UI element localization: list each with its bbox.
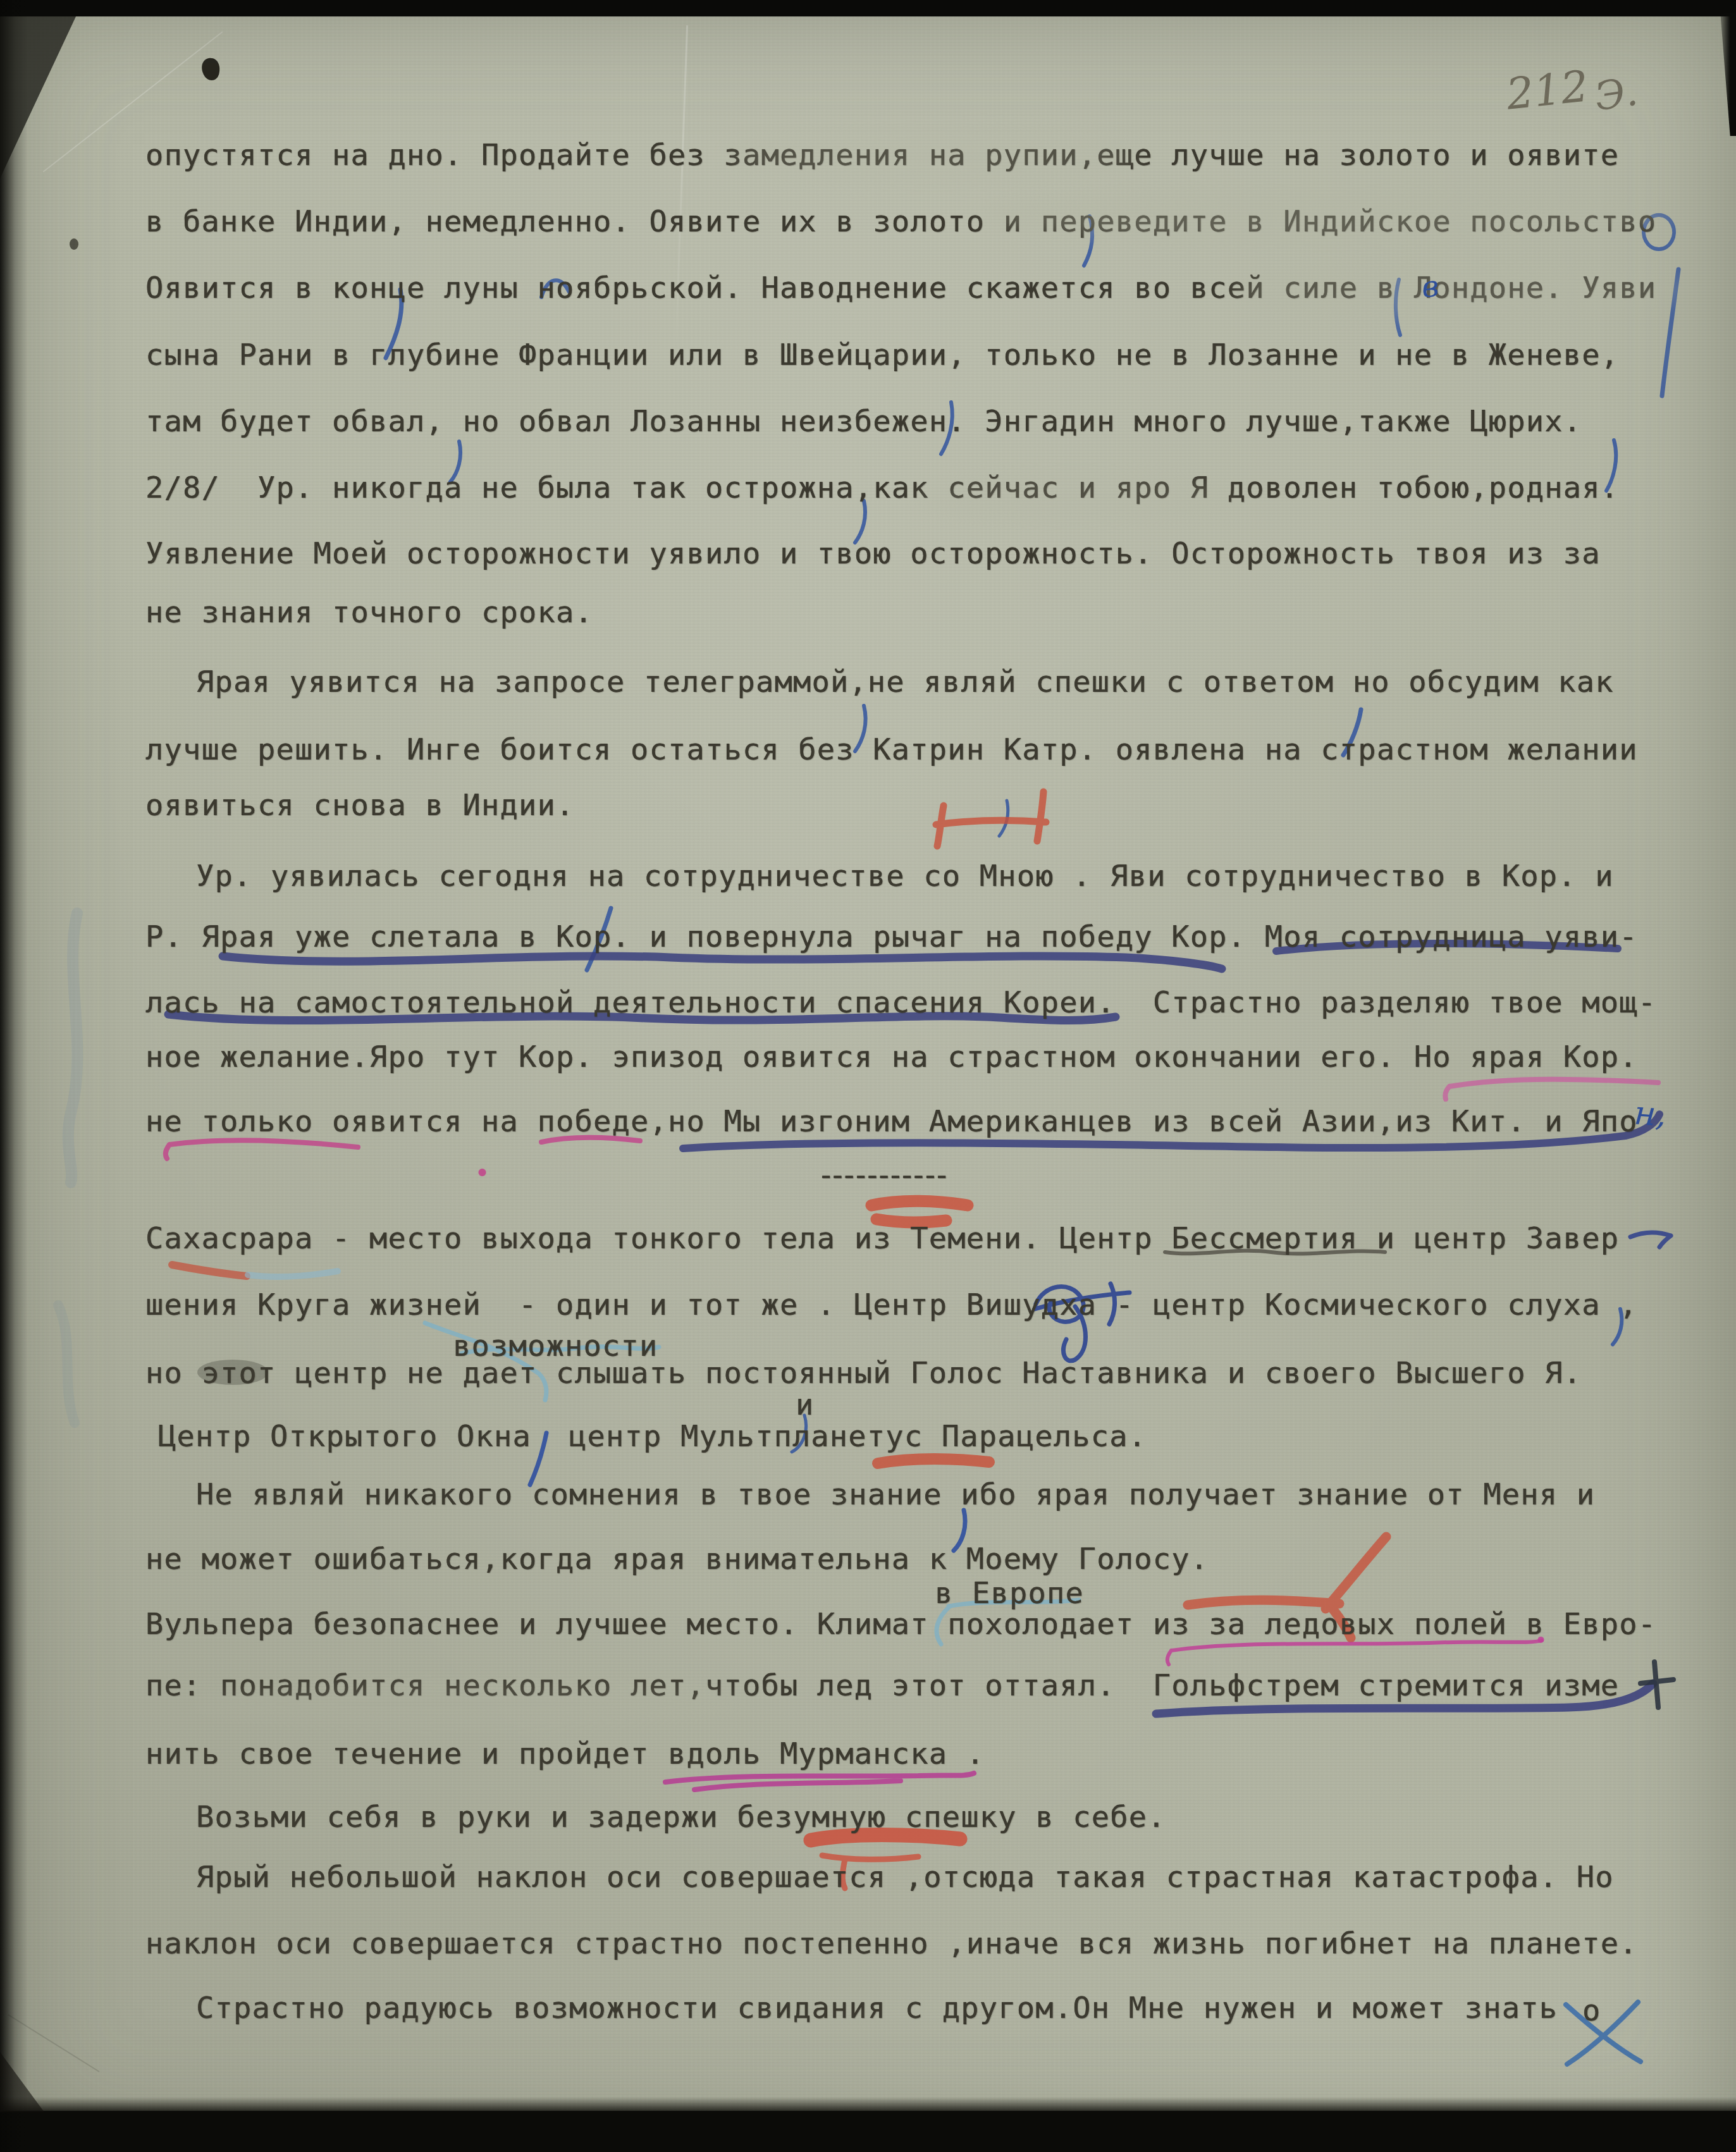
typed-line: лучше решить. Инге боится остаться без К…: [145, 735, 1638, 765]
typed-line: Р. Ярая уже слетала в Кор. и повернула р…: [145, 922, 1638, 952]
typed-line: Ярая уявится на запросе телеграммой,не я…: [196, 667, 1614, 697]
bleedthrough-left-1-mark: [68, 913, 78, 1183]
typed-line: Вульпера безопаснее и лучшее место. Клим…: [145, 1609, 1656, 1639]
red-stroke-multplanetus-mark: [878, 1459, 989, 1463]
typed-line: в Европе: [935, 1578, 1084, 1608]
red-margin-mark-mark: [172, 1265, 247, 1276]
typed-line: 2/8/ Ур. никогда не была так острожна,ка…: [145, 473, 1619, 503]
pink-dot-mark: [479, 1169, 486, 1176]
blue-margin-stroke-mark: [1662, 269, 1678, 396]
bleedthrough-left-2-mark: [58, 1305, 75, 1423]
lightblue-margin-mark-mark: [248, 1271, 338, 1277]
typed-line: Ярый небольшой наклон оси совершается ,о…: [196, 1862, 1614, 1892]
typed-line: Сахасрара - место выхода тонкого тела из…: [145, 1224, 1619, 1253]
typed-line: сына Рани в глубине Франции или в Швейца…: [145, 340, 1619, 370]
typed-line: Центр Открытого Окна центр Мультпланетус…: [158, 1422, 1147, 1451]
typed-line: там будет обвал, но обвал Лозанны неизбе…: [145, 407, 1582, 436]
typed-line: Уявление Моей осторожности уявило и твою…: [145, 539, 1601, 569]
magenta-underline-murmansk-mark: [665, 1773, 974, 1790]
navy-underline-line13-left-mark: [223, 956, 1222, 969]
handwritten-note: в: [1420, 271, 1439, 302]
typed-line: и: [796, 1390, 815, 1420]
typed-line: оявиться снова в Индии.: [145, 790, 574, 820]
scan-stage: опустятся на дно. Продайте без замедлени…: [0, 0, 1736, 2152]
typed-line: Ур. уявилась сегодня на сотрудничестве с…: [196, 861, 1614, 891]
typed-line: Страстно радуюсь возможности свидания с …: [196, 1993, 1558, 2023]
handwritten-note: 212: [1505, 65, 1591, 116]
typed-line: лась на самостоятельной деятельности спа…: [145, 988, 1656, 1018]
red-bracket-mark: [936, 792, 1046, 846]
typed-line: в банке Индии, немедленно. Оявите их в з…: [145, 207, 1656, 237]
typed-line: наклон оси совершается страстно постепен…: [145, 1929, 1638, 1958]
typed-line: не может ошибаться,когда ярая внимательн…: [145, 1544, 1209, 1574]
typed-line: не только оявится на победе,но Мы изгони…: [145, 1107, 1638, 1136]
red-stroke-speshku-mark: [811, 1835, 960, 1841]
typed-line: Не являй никакого сомнения в твое знание…: [196, 1480, 1595, 1509]
blue-x-final-mark: [1566, 2002, 1641, 2064]
ink-blob-top-mark: [202, 58, 219, 80]
typed-line: -----------: [817, 1160, 944, 1190]
typed-line: не знания точного срока.: [145, 598, 593, 627]
handwritten-note: н,: [1633, 1097, 1667, 1131]
blue-dash-zaver-mark: [1630, 1233, 1671, 1247]
typed-line: нить свое течение и пройдет вдоль Мурман…: [145, 1739, 985, 1769]
typed-line: опустятся на дно. Продайте без замедлени…: [145, 140, 1619, 170]
typed-line: ное желание.Яро тут Кор. эпизод оявится …: [145, 1042, 1638, 1072]
red-underline-dashes-mark: [871, 1201, 968, 1222]
speck-left-mark: [70, 238, 78, 250]
dark-cross-izme-mark: [1641, 1662, 1673, 1707]
typed-line: пе: понадобится несколько лет,чтобы лед …: [145, 1671, 1619, 1700]
magenta-underline-ledovyh-mark: [1167, 1640, 1542, 1664]
pink-underline-line16-mark: [166, 1138, 640, 1159]
handwritten-note: Э.: [1592, 72, 1640, 117]
pink-underline-kor-mark: [1445, 1079, 1658, 1099]
typed-line: Возьми себя в руки и задержи безумную сп…: [196, 1802, 1166, 1832]
typed-line: но этот центр не дает слышать постоянный…: [145, 1358, 1582, 1388]
scanned-page: опустятся на дно. Продайте без замедлени…: [0, 0, 1736, 2152]
typed-line: о: [1582, 1996, 1601, 2026]
typed-line: шения Круга жизней - один и тот же . Цен…: [145, 1290, 1638, 1320]
